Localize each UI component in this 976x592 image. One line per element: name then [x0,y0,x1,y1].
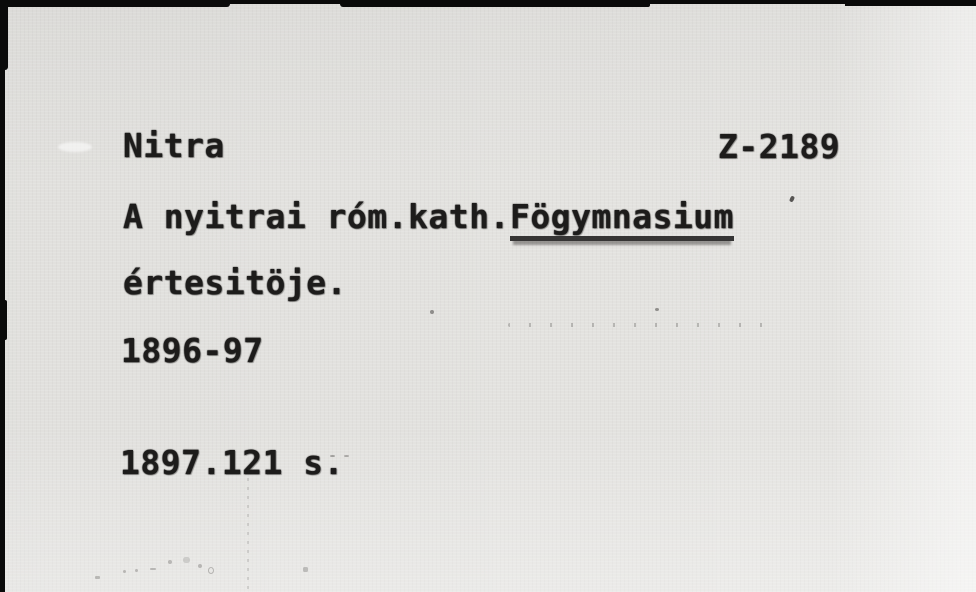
scan-edge-irregularity [0,0,230,7]
paper-smudge [58,142,92,152]
catalog-card-scan: Nitra Z-2189 A nyitrai róm.kath.Fögymnas… [0,0,976,592]
card-title-continuation: értesitöje. [123,266,347,299]
faint-marks-bottom-left [95,552,325,586]
card-call-number: Z-2189 [718,130,840,163]
ink-speck [789,195,795,202]
title-underlined-word: Fögymnasium [510,197,734,241]
scan-edge-irregularity [0,0,8,70]
scan-edge-left [0,0,5,592]
card-school-years: 1896-97 [121,334,264,367]
ink-speck [430,310,434,314]
paper-crease-line [247,478,249,592]
ink-speck [344,455,349,457]
ink-speck [330,455,335,457]
ink-speck [655,308,659,311]
card-imprint: 1897.121 s. [120,446,344,479]
faint-dotted-impression-row [508,323,776,327]
title-prefix: A nyitrai róm.kath. [123,197,510,236]
scan-edge-top [0,0,976,4]
scan-edge-irregularity [340,0,650,7]
scan-edge-irregularity [845,0,976,6]
card-heading: Nitra [123,129,225,162]
card-title-line: A nyitrai róm.kath.Fögymnasium [123,200,734,233]
scan-edge-irregularity [0,300,7,340]
